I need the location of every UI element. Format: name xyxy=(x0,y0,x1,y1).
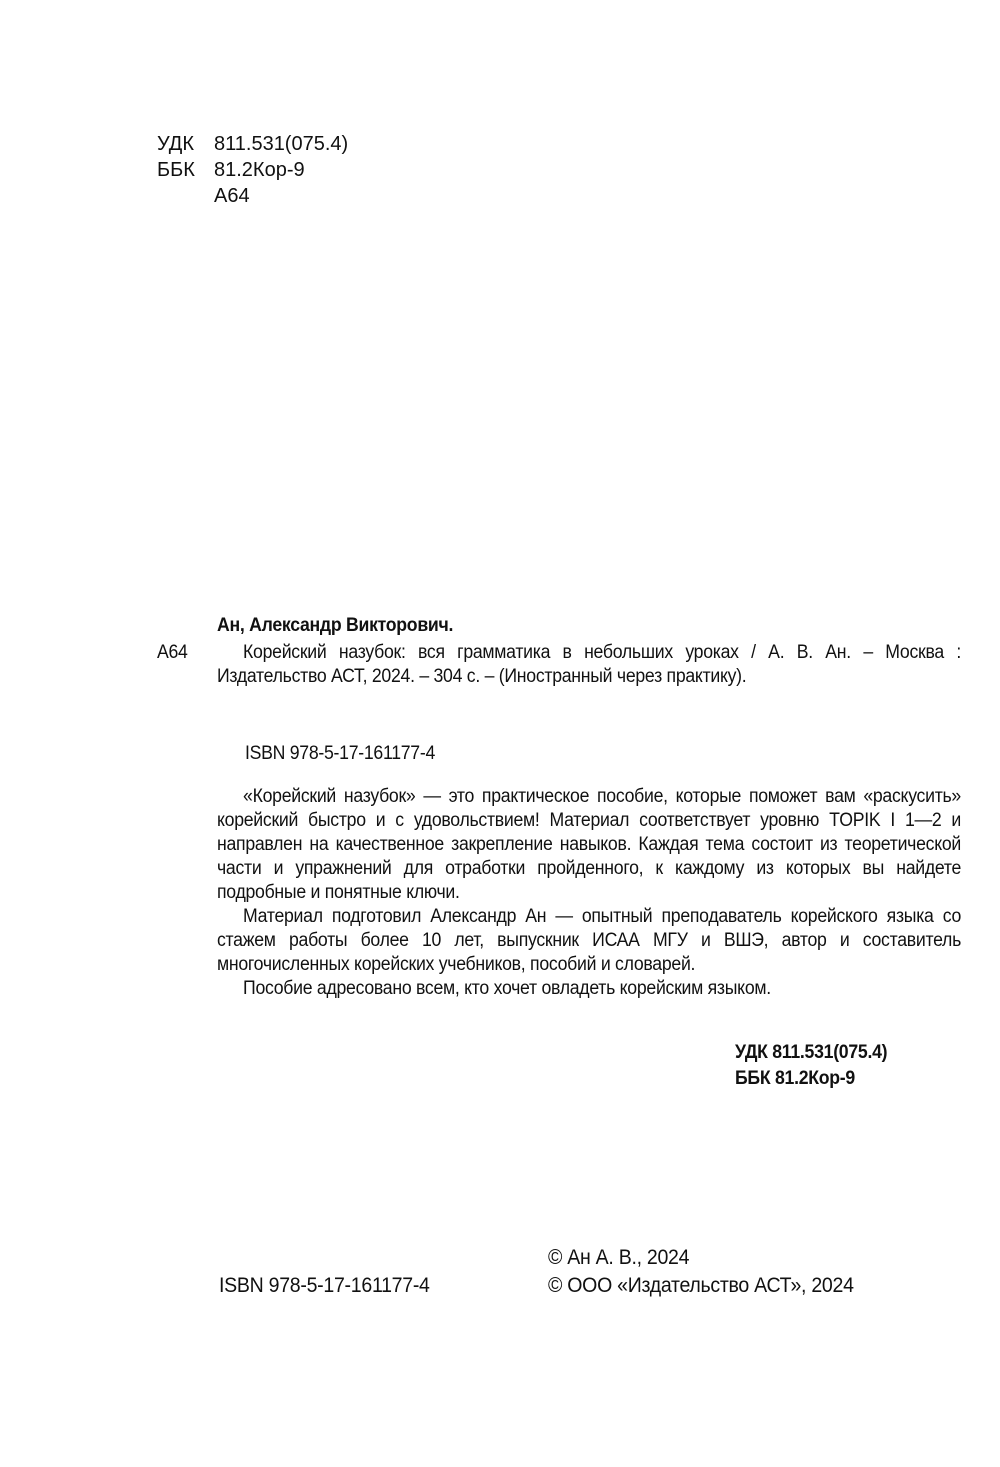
bbk-label: ББК xyxy=(157,157,214,183)
author-mark-row: А64 xyxy=(157,183,348,209)
bibliographic-text: Корейский назубок: вся грамматика в небо… xyxy=(217,641,961,689)
author-mark: А64 xyxy=(214,183,250,209)
udk-code: УДК 811.531(075.4) xyxy=(735,1040,887,1066)
copyright-author: © Ан А. В., 2024 xyxy=(548,1244,854,1272)
classification-codes-footer: УДК 811.531(075.4) ББК 81.2Кор-9 xyxy=(735,1040,887,1092)
catalog-isbn: ISBN 978-5-17-161177-4 xyxy=(245,742,435,766)
udk-label: УДК xyxy=(157,131,214,157)
annotation-paragraph: Пособие адресовано всем, кто хочет овлад… xyxy=(217,977,961,1001)
bbk-row: ББК 81.2Кор-9 xyxy=(157,157,348,183)
footer-isbn: ISBN 978-5-17-161177-4 xyxy=(219,1272,430,1300)
classification-codes-header: УДК 811.531(075.4) ББК 81.2Кор-9 А64 xyxy=(157,131,348,209)
catalog-author: Ан, Александр Викторович. xyxy=(217,614,453,638)
copyright-block: © Ан А. В., 2024 © ООО «Издательство АСТ… xyxy=(548,1244,854,1300)
bbk-code: ББК 81.2Кор-9 xyxy=(735,1066,887,1092)
bbk-value: 81.2Кор-9 xyxy=(214,157,305,183)
bibliographic-description: Корейский назубок: вся грамматика в небо… xyxy=(217,641,960,689)
annotation-paragraph: «Корейский назубок» — это практическое п… xyxy=(217,785,961,905)
annotation: «Корейский назубок» — это практическое п… xyxy=(217,785,960,1001)
udk-value: 811.531(075.4) xyxy=(214,131,348,157)
annotation-paragraph: Материал подготовил Александр Ан — опытн… xyxy=(217,905,961,977)
copyright-publisher: © ООО «Издательство АСТ», 2024 xyxy=(548,1272,854,1300)
catalog-author-mark: А64 xyxy=(157,641,188,665)
udk-row: УДК 811.531(075.4) xyxy=(157,131,348,157)
